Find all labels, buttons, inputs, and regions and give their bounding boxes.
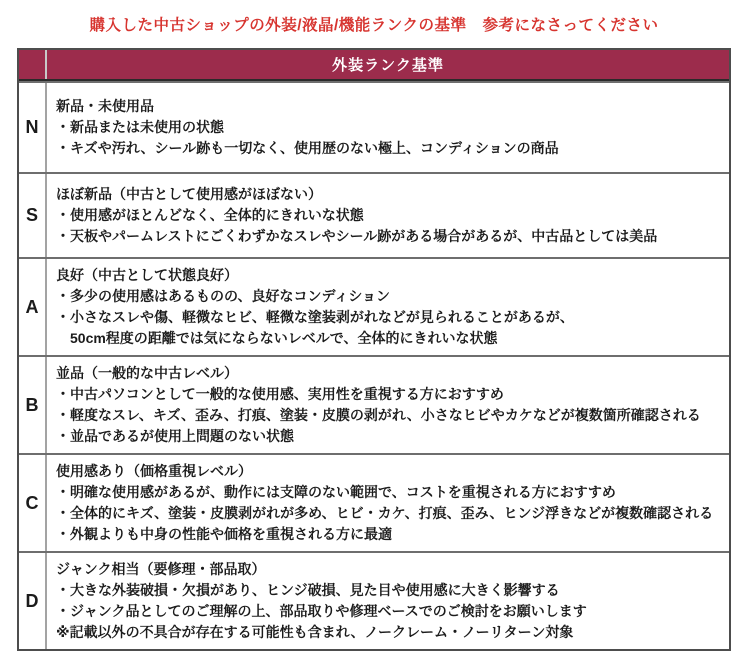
desc-line: ほぼ新品（中古として使用感がほぼない） <box>56 184 723 205</box>
exterior-rank-table: 外装ランク基準 N 新品・未使用品 ・新品または未使用の状態 ・キズや汚れ、シー… <box>17 48 731 651</box>
table-row-rank-s: S ほぼ新品（中古として使用感がほぼない） ・使用感がほとんどなく、全体的にきれ… <box>19 172 729 257</box>
desc-line: ・並品であるが使用上問題のない状態 <box>56 426 723 447</box>
rank-description-c: 使用感あり（価格重視レベル） ・明確な使用感があるが、動作には支障のない範囲で、… <box>47 455 729 551</box>
desc-line: 50cm程度の距離では気にならないレベルで、全体的にきれいな状態 <box>56 328 723 349</box>
desc-line: ・小さなスレや傷、軽微なヒビ、軽微な塗装剥がれなどが見られることがあるが、 <box>56 307 723 328</box>
desc-line: ・明確な使用感があるが、動作には支障のない範囲で、コストを重視される方におすすめ <box>56 482 723 503</box>
table-header-row: 外装ランク基準 <box>19 50 729 81</box>
desc-line: ・軽度なスレ、キズ、歪み、打痕、塗装・皮膜の剥がれ、小さなヒビやカケなどが複数箇… <box>56 405 723 426</box>
rank-description-d: ジャンク相当（要修理・部品取） ・大きな外装破損・欠損があり、ヒンジ破損、見た目… <box>47 553 729 649</box>
desc-line: ・使用感がほとんどなく、全体的にきれいな状態 <box>56 205 723 226</box>
rank-description-a: 良好（中古として状態良好） ・多少の使用感はあるものの、良好なコンディション ・… <box>47 259 729 355</box>
desc-line: ・外観よりも中身の性能や価格を重視される方に最適 <box>56 524 723 545</box>
rank-label-a: A <box>19 259 47 355</box>
desc-line: ・中古パソコンとして一般的な使用感、実用性を重視する方におすすめ <box>56 384 723 405</box>
desc-line: ・大きな外装破損・欠損があり、ヒンジ破損、見た目や使用感に大きく影響する <box>56 580 723 601</box>
desc-line: 使用感あり（価格重視レベル） <box>56 461 723 482</box>
desc-line: 良好（中古として状態良好） <box>56 265 723 286</box>
page-title: 購入した中古ショップの外装/液晶/機能ランクの基準 参考になさってください <box>0 13 748 35</box>
desc-line: ・キズや汚れ、シール跡も一切なく、使用歴のない極上、コンディションの商品 <box>56 138 723 159</box>
table-row-rank-n: N 新品・未使用品 ・新品または未使用の状態 ・キズや汚れ、シール跡も一切なく、… <box>19 81 729 172</box>
desc-line: ・新品または未使用の状態 <box>56 117 723 138</box>
desc-line: 新品・未使用品 <box>56 96 723 117</box>
header-rank-column-spacer <box>19 50 47 79</box>
desc-line: ※記載以外の不具合が存在する可能性も含まれ、ノークレーム・ノーリターン対象 <box>56 622 723 643</box>
rank-label-d: D <box>19 553 47 649</box>
rank-label-b: B <box>19 357 47 453</box>
rank-description-n: 新品・未使用品 ・新品または未使用の状態 ・キズや汚れ、シール跡も一切なく、使用… <box>47 83 729 172</box>
desc-line: ・全体的にキズ、塗装・皮膜剥がれが多め、ヒビ・カケ、打痕、歪み、ヒンジ浮きなどが… <box>56 503 723 524</box>
table-row-rank-d: D ジャンク相当（要修理・部品取） ・大きな外装破損・欠損があり、ヒンジ破損、見… <box>19 551 729 649</box>
desc-line: ・天板やパームレストにごくわずかなスレやシール跡がある場合があるが、中古品として… <box>56 226 723 247</box>
table-row-rank-c: C 使用感あり（価格重視レベル） ・明確な使用感があるが、動作には支障のない範囲… <box>19 453 729 551</box>
rank-description-b: 並品（一般的な中古レベル） ・中古パソコンとして一般的な使用感、実用性を重視する… <box>47 357 729 453</box>
table-header-title: 外装ランク基準 <box>47 50 729 79</box>
table-row-rank-a: A 良好（中古として状態良好） ・多少の使用感はあるものの、良好なコンディション… <box>19 257 729 355</box>
table-row-rank-b: B 並品（一般的な中古レベル） ・中古パソコンとして一般的な使用感、実用性を重視… <box>19 355 729 453</box>
desc-line: ジャンク相当（要修理・部品取） <box>56 559 723 580</box>
rank-label-n: N <box>19 83 47 172</box>
rank-label-s: S <box>19 174 47 257</box>
rank-label-c: C <box>19 455 47 551</box>
desc-line: ・ジャンク品としてのご理解の上、部品取りや修理ベースでのご検討をお願いします <box>56 601 723 622</box>
desc-line: ・多少の使用感はあるものの、良好なコンディション <box>56 286 723 307</box>
desc-line: 並品（一般的な中古レベル） <box>56 363 723 384</box>
rank-description-s: ほぼ新品（中古として使用感がほぼない） ・使用感がほとんどなく、全体的にきれいな… <box>47 174 729 257</box>
